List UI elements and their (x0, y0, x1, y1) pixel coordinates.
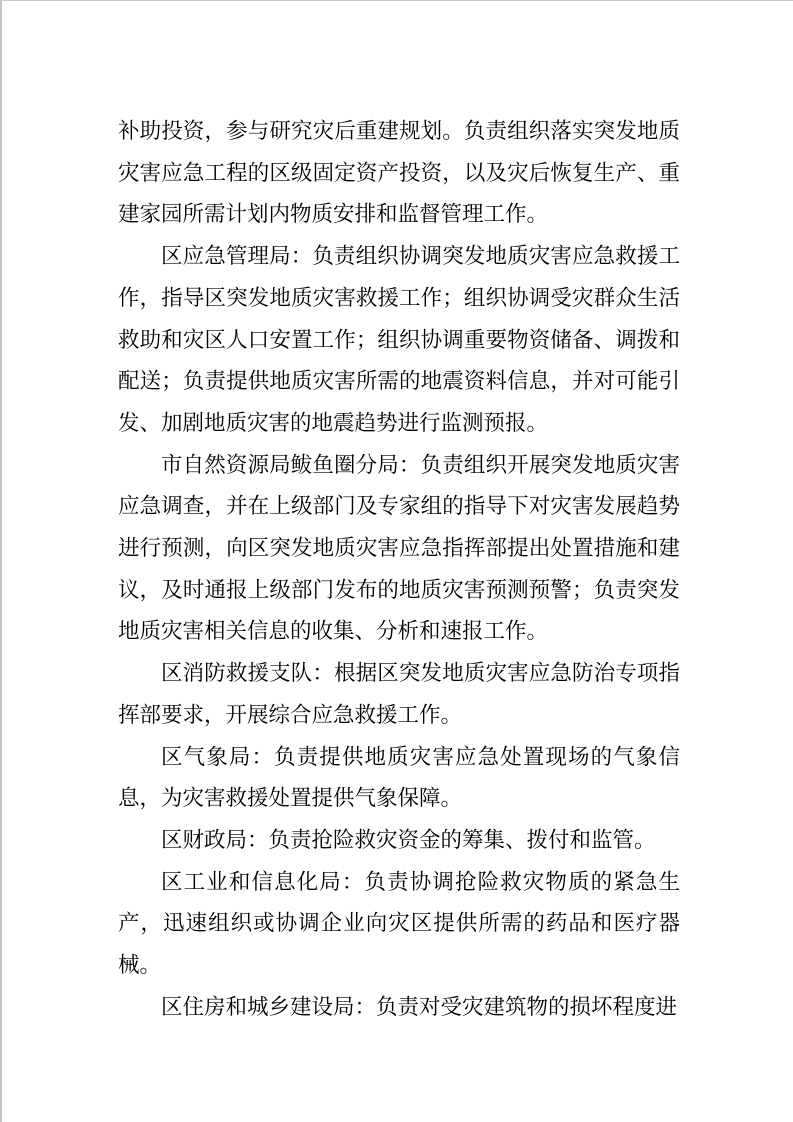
paragraph: 区工业和信息化局：负责协调抢险救灾物质的紧急生产，迅速组织或协调企业向灾区提供所… (118, 862, 680, 987)
paragraph: 补助投资，参与研究灾后重建规划。负责组织落实突发地质灾害应急工程的区级固定资产投… (118, 111, 680, 236)
paragraph: 区应急管理局：负责组织协调突发地质灾害应急救援工作，指导区突发地质灾害救援工作；… (118, 236, 680, 445)
document-body: 补助投资，参与研究灾后重建规划。负责组织落实突发地质灾害应急工程的区级固定资产投… (118, 111, 680, 1028)
paragraph: 区住房和城乡建设局：负责对受灾建筑物的损坏程度进 (118, 987, 680, 1029)
paragraph: 区气象局：负责提供地质灾害应急处置现场的气象信息，为灾害救援处置提供气象保障。 (118, 737, 680, 820)
document-page: 补助投资，参与研究灾后重建规划。负责组织落实突发地质灾害应急工程的区级固定资产投… (0, 0, 793, 1122)
paragraph: 市自然资源局鲅鱼圈分局：负责组织开展突发地质灾害应急调查，并在上级部门及专家组的… (118, 445, 680, 654)
paragraph: 区消防救援支队：根据区突发地质灾害应急防治专项指挥部要求，开展综合应急救援工作。 (118, 653, 680, 736)
paragraph: 区财政局：负责抢险救灾资金的筹集、拨付和监管。 (118, 820, 680, 862)
